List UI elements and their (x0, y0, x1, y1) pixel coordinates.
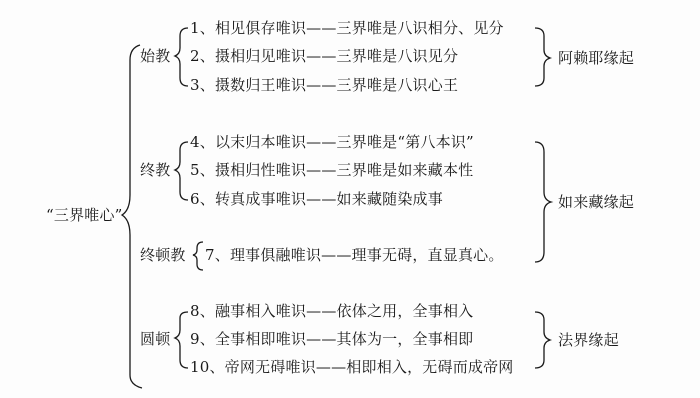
group-label-zhongjiao: 终教 (140, 161, 170, 179)
list-item: 6、转真成事唯识——如来藏随染成事 (190, 190, 443, 208)
brace-dharmadhatu (535, 312, 550, 368)
brace-alaya (535, 28, 550, 86)
doctrine-tree-diagram: “三界唯心” 始教 终教 终顿教 圆顿 1、相见俱存唯识——三界唯是八识相分、见… (0, 0, 700, 398)
origin-label-tathagatagarbha: 如来藏缘起 (558, 193, 634, 211)
brace-zhongdunjiao (193, 242, 203, 270)
origin-label-dharmadhatu: 法界缘起 (558, 331, 619, 349)
list-item: 3、摄数归王唯识——三界唯是八识心王 (190, 76, 458, 94)
brace-shijiao (175, 28, 188, 86)
list-item: 7、理事俱融唯识——理事无碍，直显真心。 (205, 246, 504, 264)
brace-zhongjiao (175, 142, 188, 200)
origin-label-alaya: 阿赖耶缘起 (558, 49, 634, 67)
list-item: 8、融事相入唯识——依体之用，全事相入 (190, 302, 473, 320)
group-label-shijiao: 始教 (140, 47, 170, 65)
list-item: 1、相见俱存唯识——三界唯是八识相分、见分 (190, 19, 504, 37)
root-brace (122, 45, 142, 388)
list-item: 10、帝网无碍唯识——相即相入，无碍而成帝网 (190, 358, 514, 376)
brace-tathagatagarbha (535, 142, 551, 262)
group-label-zhongdunjiao: 终顿教 (140, 246, 186, 264)
list-item: 2、摄相归见唯识——三界唯是八识见分 (190, 47, 458, 65)
list-item: 5、摄相归性唯识——三界唯是如来藏本性 (190, 161, 473, 179)
brace-yuandun (175, 312, 188, 368)
group-label-yuandun: 圆顿 (140, 330, 170, 348)
list-item: 9、全事相即唯识——其体为一，全事相即 (190, 330, 473, 348)
list-item: 4、以末归本唯识——三界唯是“第八本识” (190, 133, 474, 151)
root-label: “三界唯心” (46, 206, 123, 224)
